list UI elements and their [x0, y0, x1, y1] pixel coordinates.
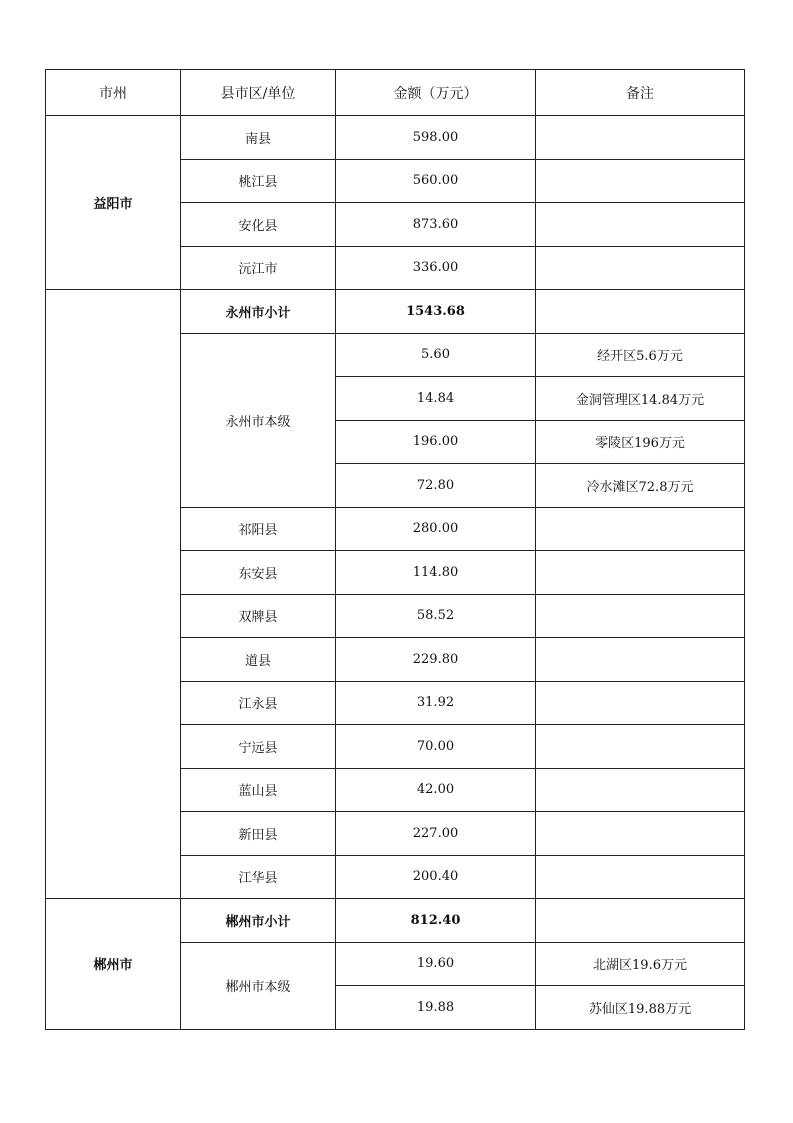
note-cell [536, 551, 745, 595]
subtotal-amount: 812.40 [336, 899, 536, 943]
amount-cell: 229.80 [336, 638, 536, 682]
note-cell: 金洞管理区14.84万元 [536, 377, 745, 421]
header-city: 市州 [46, 70, 181, 116]
city-cell-yongzhou [46, 290, 181, 899]
unit-cell: 桃江县 [181, 159, 336, 203]
note-cell [536, 290, 745, 334]
note-cell [536, 812, 745, 856]
note-cell [536, 159, 745, 203]
unit-cell: 安化县 [181, 203, 336, 247]
note-cell: 北湖区19.6万元 [536, 942, 745, 986]
note-cell [536, 246, 745, 290]
unit-cell: 江华县 [181, 855, 336, 899]
note-cell: 苏仙区19.88万元 [536, 986, 745, 1030]
unit-cell: 宁远县 [181, 725, 336, 769]
note-cell [536, 768, 745, 812]
header-amount: 金额（万元） [336, 70, 536, 116]
city-level-cell: 永州市本级 [181, 333, 336, 507]
table-row: 益阳市 南县 598.00 [46, 116, 745, 160]
amount-cell: 14.84 [336, 377, 536, 421]
note-cell [536, 638, 745, 682]
amount-cell: 114.80 [336, 551, 536, 595]
note-cell: 经开区5.6万元 [536, 333, 745, 377]
city-cell-yiyang: 益阳市 [46, 116, 181, 290]
city-cell-chenzhou: 郴州市 [46, 899, 181, 1030]
unit-cell: 双牌县 [181, 594, 336, 638]
amount-cell: 227.00 [336, 812, 536, 856]
amount-cell: 19.88 [336, 986, 536, 1030]
amount-cell: 598.00 [336, 116, 536, 160]
amount-cell: 58.52 [336, 594, 536, 638]
amount-cell: 873.60 [336, 203, 536, 247]
header-note: 备注 [536, 70, 745, 116]
note-cell [536, 725, 745, 769]
note-cell [536, 899, 745, 943]
subtotal-label: 永州市小计 [181, 290, 336, 334]
unit-cell: 东安县 [181, 551, 336, 595]
amount-cell: 31.92 [336, 681, 536, 725]
unit-cell: 道县 [181, 638, 336, 682]
unit-cell: 沅江市 [181, 246, 336, 290]
unit-cell: 蓝山县 [181, 768, 336, 812]
unit-cell: 新田县 [181, 812, 336, 856]
header-row: 市州 县市区/单位 金额（万元） 备注 [46, 70, 745, 116]
note-cell [536, 507, 745, 551]
unit-cell: 祁阳县 [181, 507, 336, 551]
subtotal-amount: 1543.68 [336, 290, 536, 334]
amount-cell: 560.00 [336, 159, 536, 203]
amount-cell: 200.40 [336, 855, 536, 899]
subtotal-row: 永州市小计 1543.68 [46, 290, 745, 334]
note-cell [536, 203, 745, 247]
note-cell: 冷水滩区72.8万元 [536, 464, 745, 508]
note-cell [536, 681, 745, 725]
city-level-cell: 郴州市本级 [181, 942, 336, 1029]
note-cell [536, 594, 745, 638]
note-cell [536, 116, 745, 160]
allocation-table: 市州 县市区/单位 金额（万元） 备注 益阳市 南县 598.00 桃江县 56… [45, 69, 745, 1030]
unit-cell: 江永县 [181, 681, 336, 725]
amount-cell: 70.00 [336, 725, 536, 769]
amount-cell: 280.00 [336, 507, 536, 551]
subtotal-row: 郴州市 郴州市小计 812.40 [46, 899, 745, 943]
amount-cell: 196.00 [336, 420, 536, 464]
amount-cell: 19.60 [336, 942, 536, 986]
note-cell: 零陵区196万元 [536, 420, 745, 464]
amount-cell: 42.00 [336, 768, 536, 812]
unit-cell: 南县 [181, 116, 336, 160]
amount-cell: 5.60 [336, 333, 536, 377]
subtotal-label: 郴州市小计 [181, 899, 336, 943]
amount-cell: 72.80 [336, 464, 536, 508]
note-cell [536, 855, 745, 899]
amount-cell: 336.00 [336, 246, 536, 290]
header-unit: 县市区/单位 [181, 70, 336, 116]
